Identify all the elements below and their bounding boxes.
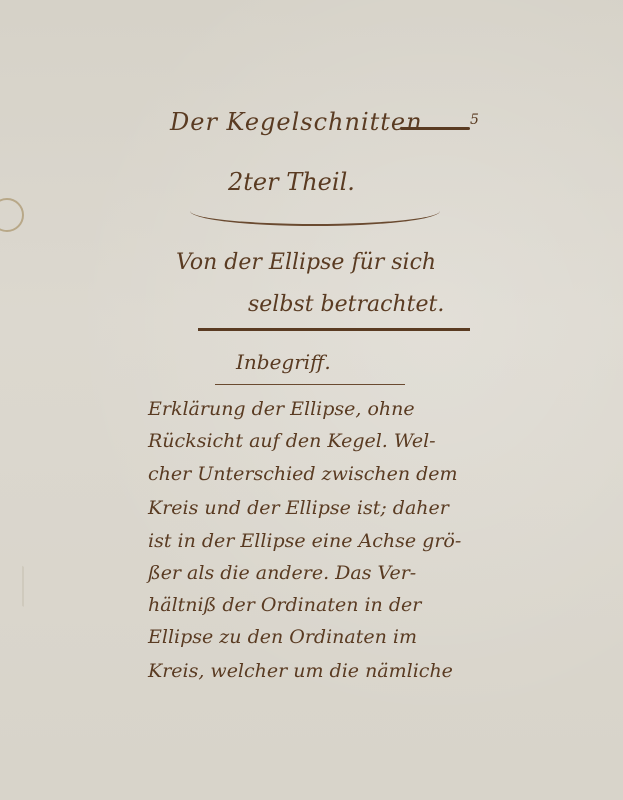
body-line: Rücksicht auf den Kegel. Wel- <box>148 430 436 452</box>
body-line: Kreis und der Ellipse ist; daher <box>148 497 449 519</box>
heading-underline <box>198 328 470 331</box>
body-line: Ellipse zu den Ordinaten im <box>148 626 417 648</box>
body-line: Erklärung der Ellipse, ohne <box>148 398 415 420</box>
title-flourish <box>400 127 470 130</box>
section-heading-line-1: Von der Ellipse für sich <box>176 250 436 275</box>
binding-hole <box>0 198 24 232</box>
subheading: Inbegriff. <box>236 350 331 374</box>
decorative-bracket <box>190 196 440 226</box>
subheading-underline <box>215 384 405 385</box>
body-line: ist in der Ellipse eine Achse grö- <box>148 530 461 552</box>
torn-edge <box>0 553 24 607</box>
body-line: cher Unterschied zwischen dem <box>148 463 458 485</box>
section-heading-line-2: selbst betrachtet. <box>248 292 444 317</box>
title-line-1: Der Kegelschnitten <box>170 108 423 136</box>
manuscript-page: 5 Der Kegelschnitten 2ter Theil. Von der… <box>0 0 623 800</box>
page-number: 5 <box>470 112 479 128</box>
body-line: ßer als die andere. Das Ver- <box>148 562 416 584</box>
body-line: Kreis, welcher um die nämliche <box>148 660 453 682</box>
body-line: hältniß der Ordinaten in der <box>148 594 421 616</box>
title-line-2: 2ter Theil. <box>228 168 355 196</box>
